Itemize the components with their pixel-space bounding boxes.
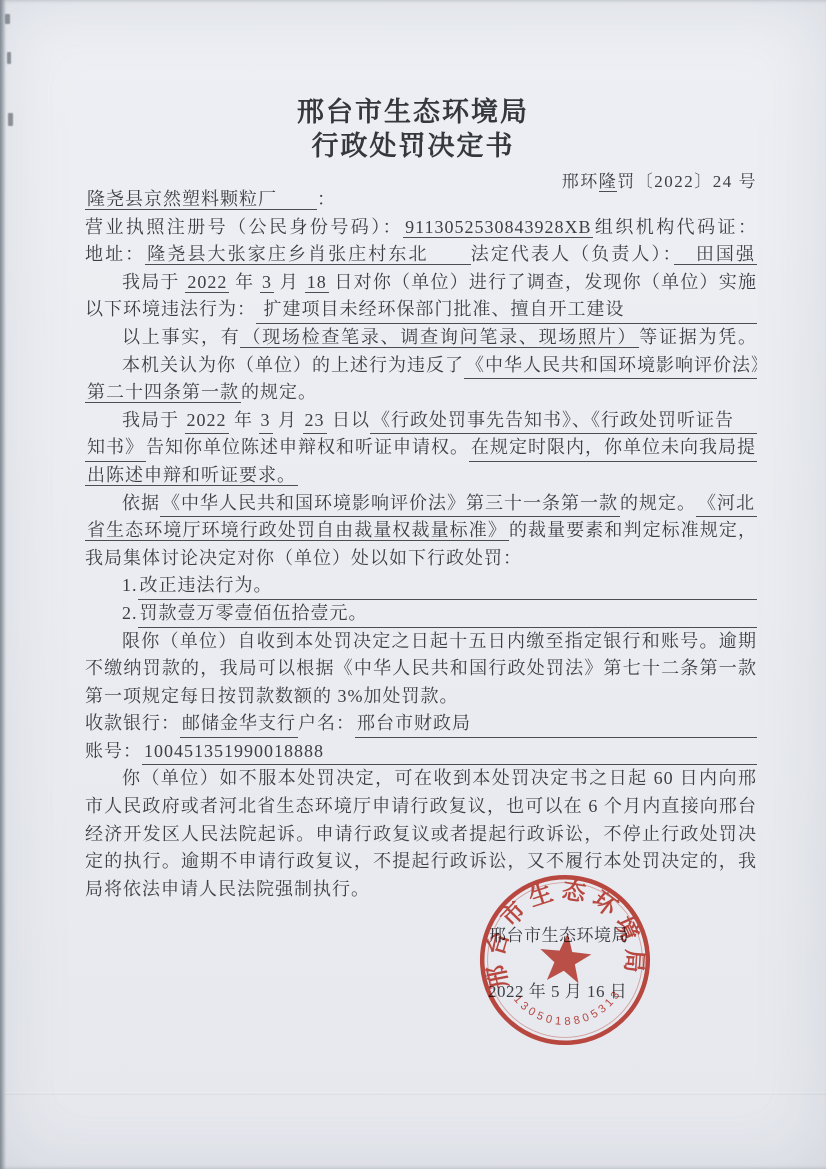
- filled-in-value: 邮储金华支行: [180, 710, 298, 738]
- title-line-doctype: 行政处罚决定书: [0, 129, 826, 163]
- text-segment: 第一项规定每日按罚款数额的 3%加处罚款。: [85, 686, 459, 706]
- title-line-agency: 邢台市生态环境局: [0, 95, 826, 129]
- filled-in-value: 3: [259, 407, 273, 435]
- paper-crease: [0, 1092, 826, 1095]
- text-segment: 组织机构代码证：: [593, 217, 757, 237]
- text-segment: 户名：: [298, 710, 355, 738]
- document-body: 隆尧县京然塑料颗粒厂 ：营业执照注册号（公民身份号码）：911305253084…: [85, 186, 757, 903]
- filled-in-value: 《河北: [696, 490, 757, 518]
- filled-in-value: 18: [305, 272, 329, 293]
- scan-edge-shadow: [0, 0, 6, 1169]
- filled-in-value: 知书》: [85, 434, 146, 462]
- filled-in-value: 2022: [185, 272, 229, 293]
- body-line: 省生态环境厅环境行政处罚自由裁量权裁量标准》的裁量要素和判定标准规定，: [85, 517, 757, 545]
- body-line: 营业执照注册号（公民身份号码）：9113052530843928XB组织机构代码…: [85, 214, 757, 242]
- text-segment: 我局于: [122, 272, 185, 292]
- text-segment: 本机关认为你（单位）的上述行为违反了: [122, 352, 464, 380]
- text-segment: 1.: [122, 572, 138, 600]
- text-segment: 你（单位）如不服本处罚决定，可在收到本处罚决定书之日起 60 日内向邢台: [122, 768, 757, 793]
- text-segment: 月: [274, 272, 305, 292]
- body-line: 出陈述申辩和听证要求。: [85, 462, 757, 490]
- body-line: 不缴纳罚款的，我局可以根据《中华人民共和国行政处罚法》第七十二条第一款: [85, 655, 757, 683]
- body-line: 地址：隆尧县大张家庄乡肖张庄村东北 法定代表人（负责人）： 田国强: [85, 241, 757, 269]
- filled-in-value: 邢台市财政局: [355, 710, 757, 738]
- text-segment: ：: [317, 189, 336, 209]
- text-segment: 局将依法申请人民法院强制执行。: [85, 879, 370, 899]
- filled-in-value: 第二十四条第一款: [85, 382, 241, 403]
- filled-in-value: 《中华人民共和国环境影响评价法》第三十一条第一款: [160, 490, 620, 518]
- text-segment: 以上事实，有: [122, 327, 240, 347]
- text-segment: 依据: [122, 490, 160, 518]
- filled-in-value: 隆尧县京然塑料颗粒厂: [85, 189, 317, 210]
- filled-in-value: 3: [260, 272, 274, 293]
- filled-in-value: 省生态环境厅环境行政处罚自由裁量权裁量标准》: [85, 520, 509, 541]
- filled-in-value: 《行政处罚事先告知书》、《行政处罚听证告: [370, 407, 757, 435]
- filled-in-value: 改正违法行为。: [138, 572, 758, 600]
- filled-in-value: 罚款壹万零壹佰伍拾壹元。: [138, 600, 758, 628]
- body-line: 收款银行：邮储金华支行户名：邢台市财政局: [85, 710, 757, 738]
- filled-in-value: 2022: [185, 407, 229, 435]
- body-line: 本机关认为你（单位）的上述行为违反了《中华人民共和国环境影响评价法》: [85, 352, 757, 380]
- scanned-document-page: 邢台市生态环境局 行政处罚决定书 邢环隆罚〔2022〕24 号 隆尧县京然塑料颗…: [0, 0, 826, 1169]
- text-segment: 日以: [327, 407, 371, 435]
- text-segment: 告知你单位陈述申辩权和听证申请权。: [146, 434, 469, 462]
- filled-in-value: 出陈述申辩和听证要求。: [85, 465, 298, 486]
- text-segment: 年: [229, 272, 260, 292]
- official-seal-stamp: 邢台市生态环境局 1305018805313: [469, 864, 661, 1056]
- body-line: 限你（单位）自收到本处罚决定之日起十五日内缴至指定银行和账号。逾期: [85, 628, 757, 656]
- scan-speck: [7, 52, 11, 64]
- filled-in-value: （现场检查笔录、调查询问笔录、现场照片）: [240, 327, 639, 348]
- text-segment: 的规定。: [620, 490, 696, 518]
- text-segment: 年: [229, 407, 259, 435]
- text-segment: 我局集体讨论决定对你（单位）处以如下行政处罚：: [85, 548, 522, 568]
- text-segment: 法定代表人（负责人）：: [471, 244, 674, 264]
- body-line: 你（单位）如不服本处罚决定，可在收到本处罚决定书之日起 60 日内向邢台: [85, 765, 757, 793]
- star-icon: [539, 932, 593, 986]
- body-line: 以上事实，有（现场检查笔录、调查询问笔录、现场照片）等证据为凭。: [85, 324, 757, 352]
- filled-in-value: 田国强: [674, 244, 757, 265]
- body-line: 我局集体讨论决定对你（单位）处以如下行政处罚：: [85, 545, 757, 573]
- text-segment: 的裁量要素和判定标准规定，: [509, 520, 757, 540]
- body-line: 我局于 2022 年 3 月 23 日以《行政处罚事先告知书》、《行政处罚听证告: [85, 407, 757, 435]
- body-line: 局将依法申请人民法院强制执行。: [85, 876, 757, 904]
- text-segment: 经济开发区人民法院起诉。申请行政复议或者提起行政诉讼，不停止行政处罚决: [85, 824, 757, 844]
- text-segment: 以下环境违法行为：: [85, 296, 256, 324]
- text-segment: 不缴纳罚款的，我局可以根据《中华人民共和国行政处罚法》第七十二条第一款: [85, 658, 757, 678]
- text-segment: 营业执照注册号（公民身份号码）：: [85, 217, 403, 237]
- body-line: 定的执行。逾期不申请行政复议，不提起行政诉讼，又不履行本处罚决定的，我: [85, 848, 757, 876]
- text-segment: 的规定。: [241, 382, 317, 402]
- scan-speck: [5, 14, 10, 24]
- body-line: 1.改正违法行为。: [85, 572, 757, 600]
- body-line: 以下环境违法行为： 扩建项目未经环保部门批准、擅自开工建设: [85, 296, 757, 324]
- seal-serial-number: 1305018805313: [510, 986, 626, 1032]
- text-segment: 地址：: [85, 244, 145, 264]
- filled-in-value: 扩建项目未经环保部门批准、擅自开工建设: [256, 296, 757, 324]
- text-segment: 定的执行。逾期不申请行政复议，不提起行政诉讼，又不履行本处罚决定的，我: [85, 851, 757, 871]
- filled-in-value: 在规定时限内，你单位未向我局提: [469, 434, 757, 462]
- body-line: 依据《中华人民共和国环境影响评价法》第三十一条第一款的规定。《河北: [85, 490, 757, 518]
- body-line: 第一项规定每日按罚款数额的 3%加处罚款。: [85, 683, 757, 711]
- text-segment: 市人民政府或者河北省生态环境厅申请行政复议，也可以在 6 个月内直接向邢台: [85, 796, 757, 816]
- filled-in-value: 9113052530843928XB: [403, 217, 593, 238]
- filled-in-value: 100451351990018888: [142, 738, 757, 766]
- body-line: 知书》告知你单位陈述申辩权和听证申请权。在规定时限内，你单位未向我局提: [85, 434, 757, 462]
- text-segment: 限你（单位）自收到本处罚决定之日起十五日内缴至指定银行和账号。逾期: [122, 631, 757, 651]
- filled-in-value: 《中华人民共和国环境影响评价法》: [464, 352, 757, 380]
- document-title: 邢台市生态环境局 行政处罚决定书: [0, 95, 826, 163]
- body-line: 我局于 2022 年 3 月 18 日对你（单位）进行了调查，发现你（单位）实施…: [85, 269, 757, 297]
- text-segment: 等证据为凭。: [639, 327, 757, 347]
- text-segment: 2.: [122, 600, 138, 628]
- text-segment: 月: [273, 407, 303, 435]
- text-segment: 账号：: [85, 738, 142, 766]
- text-segment: 收款银行：: [85, 710, 180, 738]
- filled-in-value: 23: [303, 407, 327, 435]
- scan-speck: [8, 113, 13, 126]
- body-line: 账号：100451351990018888: [85, 738, 757, 766]
- body-line: 2.罚款壹万零壹佰伍拾壹元。: [85, 600, 757, 628]
- seal-agency-text: 邢台市生态环境局: [476, 871, 650, 991]
- text-segment: 我局于: [122, 407, 185, 435]
- body-line: 经济开发区人民法院起诉。申请行政复议或者提起行政诉讼，不停止行政处罚决: [85, 821, 757, 849]
- body-line: 第二十四条第一款的规定。: [85, 379, 757, 407]
- body-line: 隆尧县京然塑料颗粒厂 ：: [85, 186, 757, 214]
- body-line: 市人民政府或者河北省生态环境厅申请行政复议，也可以在 6 个月内直接向邢台: [85, 793, 757, 821]
- filled-in-value: 隆尧县大张家庄乡肖张庄村东北: [145, 244, 470, 265]
